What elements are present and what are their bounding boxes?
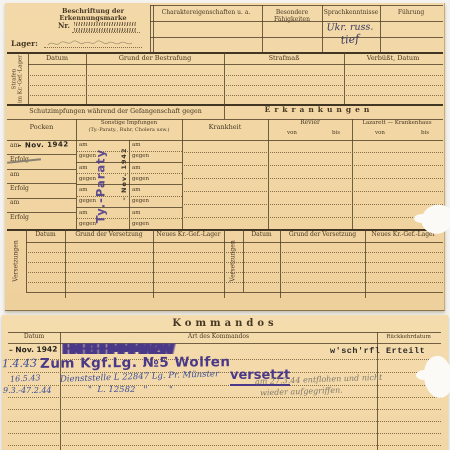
kommandos-title: Kommandos — [0, 318, 450, 330]
rule — [7, 183, 76, 184]
rule — [352, 119, 353, 229]
smallpox-col-header: Pocken — [7, 124, 76, 131]
rule — [182, 119, 183, 229]
against-label: gegen — [132, 198, 149, 204]
transfer-date-header: Datum — [243, 232, 280, 239]
conduct-col-header: Führung — [381, 10, 441, 17]
transfer-date-handwriting: 1.4.43 — [2, 358, 37, 371]
rule — [182, 191, 443, 192]
against-label: gegen — [132, 221, 149, 227]
rule — [8, 421, 441, 422]
rule — [268, 119, 269, 229]
rule — [182, 152, 443, 153]
am-label: am — [132, 210, 141, 216]
rule — [44, 47, 142, 48]
paper-tear — [414, 214, 430, 223]
nr-scribble — [74, 28, 136, 32]
rule — [28, 75, 443, 76]
am-label: am — [10, 200, 19, 207]
rule — [224, 104, 225, 119]
am-label: am — [79, 142, 88, 148]
result-label: Erfolg — [10, 215, 29, 222]
vaccinations-title: Schutzimpfungen während der Gefangenscha… — [7, 108, 224, 115]
typhus-paratyphus-vertical-stamp: Ty.-Paraty — [91, 144, 113, 229]
rule — [8, 445, 441, 446]
punishments-served-header: Verbüßt, Datum — [344, 55, 442, 62]
result-label: Erfolg — [10, 186, 29, 193]
rule — [7, 140, 443, 141]
rule — [365, 292, 366, 298]
abilities-col-header: Besondere Fähigkeiten — [263, 10, 321, 24]
punishments-reason-header: Grund der Bestrafung — [86, 55, 224, 62]
against-label: gegen — [132, 176, 149, 182]
punishments-side-label: Strafenim Kr.-Gef.-Lager — [7, 53, 27, 104]
rule — [76, 119, 77, 229]
other-vaccinations-subheader: (Ty.-Paraty., Ruhr, Cholera usw.) — [76, 128, 182, 134]
against-label: gegen — [132, 153, 149, 159]
rule — [153, 292, 154, 298]
rule — [7, 212, 76, 213]
rule — [150, 5, 443, 6]
transfer-date-header: Datum — [26, 232, 65, 239]
ditto-entry-handwriting: " L. 12582 " " — [88, 386, 173, 396]
typed-kommando-entry: w'sch'rfl Erteilt — [330, 347, 425, 357]
from-label: von — [280, 130, 304, 136]
rule — [182, 217, 443, 218]
rule — [72, 32, 140, 33]
rule — [8, 385, 441, 386]
rule — [280, 292, 281, 298]
am-label: am — [132, 142, 141, 148]
hospital-col-header: Lazarett — Krankenhaus — [352, 120, 442, 126]
entry-date-handwriting: 9.3.-47.2.44 — [3, 386, 52, 395]
side-label-text: Strafenim Kr.-Gef.-Lager — [11, 55, 24, 103]
punishments-measure-header: Strafmaß — [224, 55, 344, 62]
rule — [8, 397, 441, 398]
rule — [28, 85, 443, 86]
illnesses-title: Erkrankungen — [229, 106, 409, 115]
illness-col-header: Krankheit — [182, 124, 268, 131]
entry-date-handwriting: 16.5.43 — [10, 373, 41, 384]
scanned-pow-record-card: Beschriftung der Erkennungsmarke Nr. Lag… — [0, 0, 450, 450]
kommando-date-header: Datum — [8, 334, 60, 341]
from-label: von — [368, 130, 392, 136]
nr-scribble — [74, 22, 136, 26]
rule — [7, 154, 76, 155]
paper-tear — [416, 370, 432, 380]
id-tag-box-title: Beschriftung der Erkennungsmarke — [28, 8, 158, 23]
transfers-side-label: Versetzungen — [224, 229, 242, 292]
sickbay-col-header: Revier — [268, 120, 352, 127]
rule — [182, 165, 443, 166]
return-date-header: Rückkehrdatum — [377, 334, 440, 340]
am-label: am — [132, 187, 141, 193]
rule — [28, 95, 443, 96]
kommando-type-header: Art des Kommandos — [60, 334, 377, 341]
languages-col-header: Sprachkenntnisse — [323, 10, 379, 17]
lager-label: Lager: — [11, 40, 38, 49]
kommando-date-stamp: – Nov. 1942 — [9, 346, 58, 355]
transfer-reason-header: Grund der Versetzung — [65, 232, 153, 239]
am-label: am — [79, 165, 88, 171]
rule — [150, 37, 443, 38]
other-vaccinations-header: Sonstige Impfungen — [76, 120, 182, 126]
traits-col-header: Charaktereigenschaften u. a. — [152, 10, 260, 17]
transfer-newcamp-header: Neues Kr.-Gef.-Lager — [365, 232, 442, 239]
nr-label: Nr. — [58, 22, 70, 30]
rule — [28, 64, 443, 65]
smallpox-date-stamp: – Nov. 1942 — [18, 140, 69, 149]
rule — [182, 204, 443, 205]
rule — [7, 169, 76, 170]
transfer-newcamp-header: Neues Kr.-Gef.-Lager — [153, 232, 224, 239]
rule — [8, 433, 441, 434]
am-label: am — [132, 165, 141, 171]
rule — [8, 409, 441, 410]
to-label: bis — [413, 130, 437, 136]
am-label: am — [10, 172, 19, 179]
punishments-date-header: Datum — [28, 55, 86, 62]
rule — [182, 178, 443, 179]
am-label: am — [79, 210, 88, 216]
to-label: bis — [324, 130, 348, 136]
transfers-side-label: Versetzungen — [8, 229, 26, 292]
transfer-reason-header: Grund der Versetzung — [280, 232, 365, 239]
rule — [65, 292, 66, 298]
vertical-date-stamp: – Nov. 1942 — [119, 143, 131, 205]
am-label: am — [79, 187, 88, 193]
